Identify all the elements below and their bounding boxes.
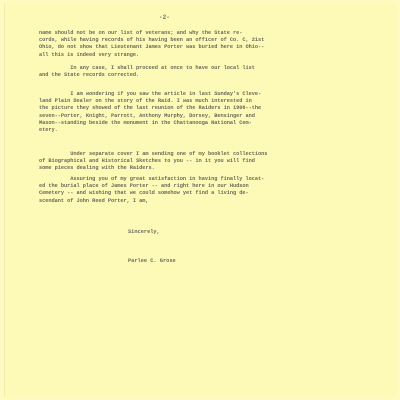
signature: Parlee C. Grose: [128, 258, 176, 264]
closing: Sincerely,: [128, 229, 160, 235]
paragraph-5: Assuring you of my great satisfaction in…: [39, 176, 329, 205]
page-number: -2-: [159, 14, 170, 21]
paragraph-4: Under separate cover I am sending one of…: [39, 151, 329, 173]
paragraph-3: I am wondering if you saw the article in…: [39, 91, 329, 134]
letter-page: -2- name should not be on our list of ve…: [4, 3, 397, 397]
paragraph-1: name should not be on our list of vetera…: [39, 30, 329, 59]
paragraph-2: In any case, I shall proceed at once to …: [39, 65, 329, 79]
